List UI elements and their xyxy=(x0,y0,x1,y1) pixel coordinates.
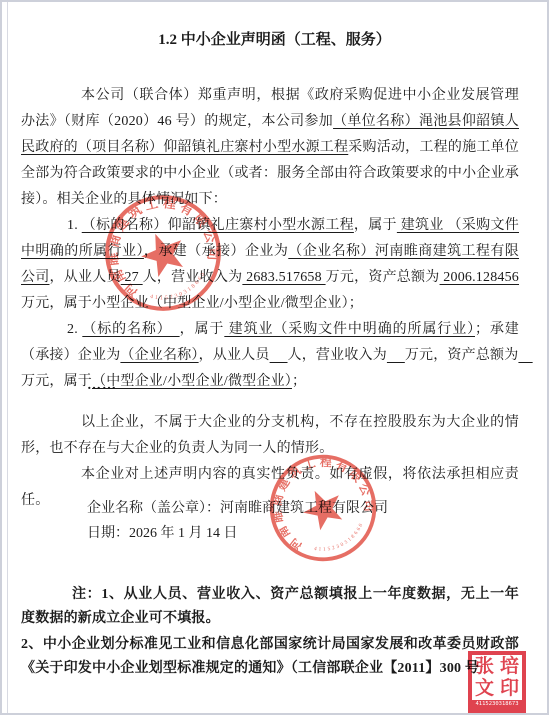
text-run: 万元，资产总额为 xyxy=(326,270,440,285)
text-run: 2. xyxy=(67,322,82,337)
item1-paragraph: 1. （标的名称）仰韶镇礼庄寨村小型水源工程，属于 建筑业 （采购文件中明确的所… xyxy=(21,213,519,317)
text-run: 万元，属于小型企业（中型企业/小型企业/微型企业）； xyxy=(21,296,363,311)
branch-paragraph: 以上企业，不属于大企业的分支机构，不存在控股股东为大企业的情形，也不存在与大企业… xyxy=(21,410,519,462)
filled-blank-text xyxy=(387,348,405,363)
filled-blank-text: （中型企业/小型企业/微型企业） xyxy=(92,374,292,389)
text-run: ，从业人员 xyxy=(199,348,270,363)
text-run: ，从业人员 xyxy=(50,270,121,285)
text-run: ，承建（承接）企业为 xyxy=(144,244,288,259)
svg-text:4115230318660: 4115230318660 xyxy=(311,521,370,560)
signature-company-line: 企业名称（盖公章）：河南睢商建筑工程有限公司 xyxy=(87,496,388,522)
text-run: ，属于 xyxy=(354,218,397,233)
text-run: 万元，资产总额为 xyxy=(405,348,519,363)
filled-blank-text: （企业名称） xyxy=(120,348,198,363)
declaration-document-page: 1.2 中小企业声明函（工程、服务） 本公司（联合体）郑重声明，根据《政府采购促… xyxy=(0,0,549,715)
seal-char: 文 xyxy=(475,679,494,698)
text-run: 1. xyxy=(67,218,82,233)
filled-blank-text: 2006.128456 xyxy=(440,270,519,285)
text-run: 以上企业，不属于大企业的分支机构，不存在控股股东为大企业的情形，也不存在与大企业… xyxy=(21,415,519,456)
text-run: 2、中小企业划分标准见工业和信息化部国家统计局国家发展和改革委员财政部《关于印发… xyxy=(21,637,519,676)
filled-blank-text: 2683.517658 xyxy=(242,270,325,285)
text-run: ； xyxy=(292,374,306,389)
text-run: 万元，属于 xyxy=(21,374,92,389)
note2-paragraph: 2、中小企业划分标准见工业和信息化部国家统计局国家发展和改革委员财政部《关于印发… xyxy=(21,633,519,680)
text-run: 注：1、从业人员、营业收入、资产总额填报上一年度数据，无上一年度数据的新成立企业… xyxy=(21,587,519,626)
filled-blank-text: 27 xyxy=(121,270,143,285)
filled-blank-text xyxy=(518,348,532,363)
text-run: 人，营业收入为 xyxy=(143,270,243,285)
text-run: ，属于 xyxy=(180,322,225,337)
ellipsis-line: …… xyxy=(87,373,117,399)
filled-blank-text: （标的名称）仰韶镇礼庄寨村小型水源工程 xyxy=(82,218,354,233)
seal-char: 印 xyxy=(500,679,519,698)
signature-date-line: 日期：2026 年 1 月 14 日 xyxy=(87,521,238,547)
personal-seal-number: 4115230318673 xyxy=(472,700,522,709)
intro-paragraph: 本公司（联合体）郑重声明，根据《政府采购促进中小企业发展管理办法》（财库（202… xyxy=(21,83,519,213)
filled-blank-text: （标的名称） xyxy=(82,322,179,337)
document-title: 1.2 中小企业声明函（工程、服务） xyxy=(2,31,547,49)
note1-paragraph: 注：1、从业人员、营业收入、资产总额填报上一年度数据，无上一年度数据的新成立企业… xyxy=(21,583,519,630)
text-run: 人，营业收入为 xyxy=(288,348,387,363)
filled-blank-text xyxy=(270,348,288,363)
seal-number: 4115230318660 xyxy=(311,521,370,560)
filled-blank-text: 建筑业（采购文件中明确的所属行业） xyxy=(224,322,475,337)
